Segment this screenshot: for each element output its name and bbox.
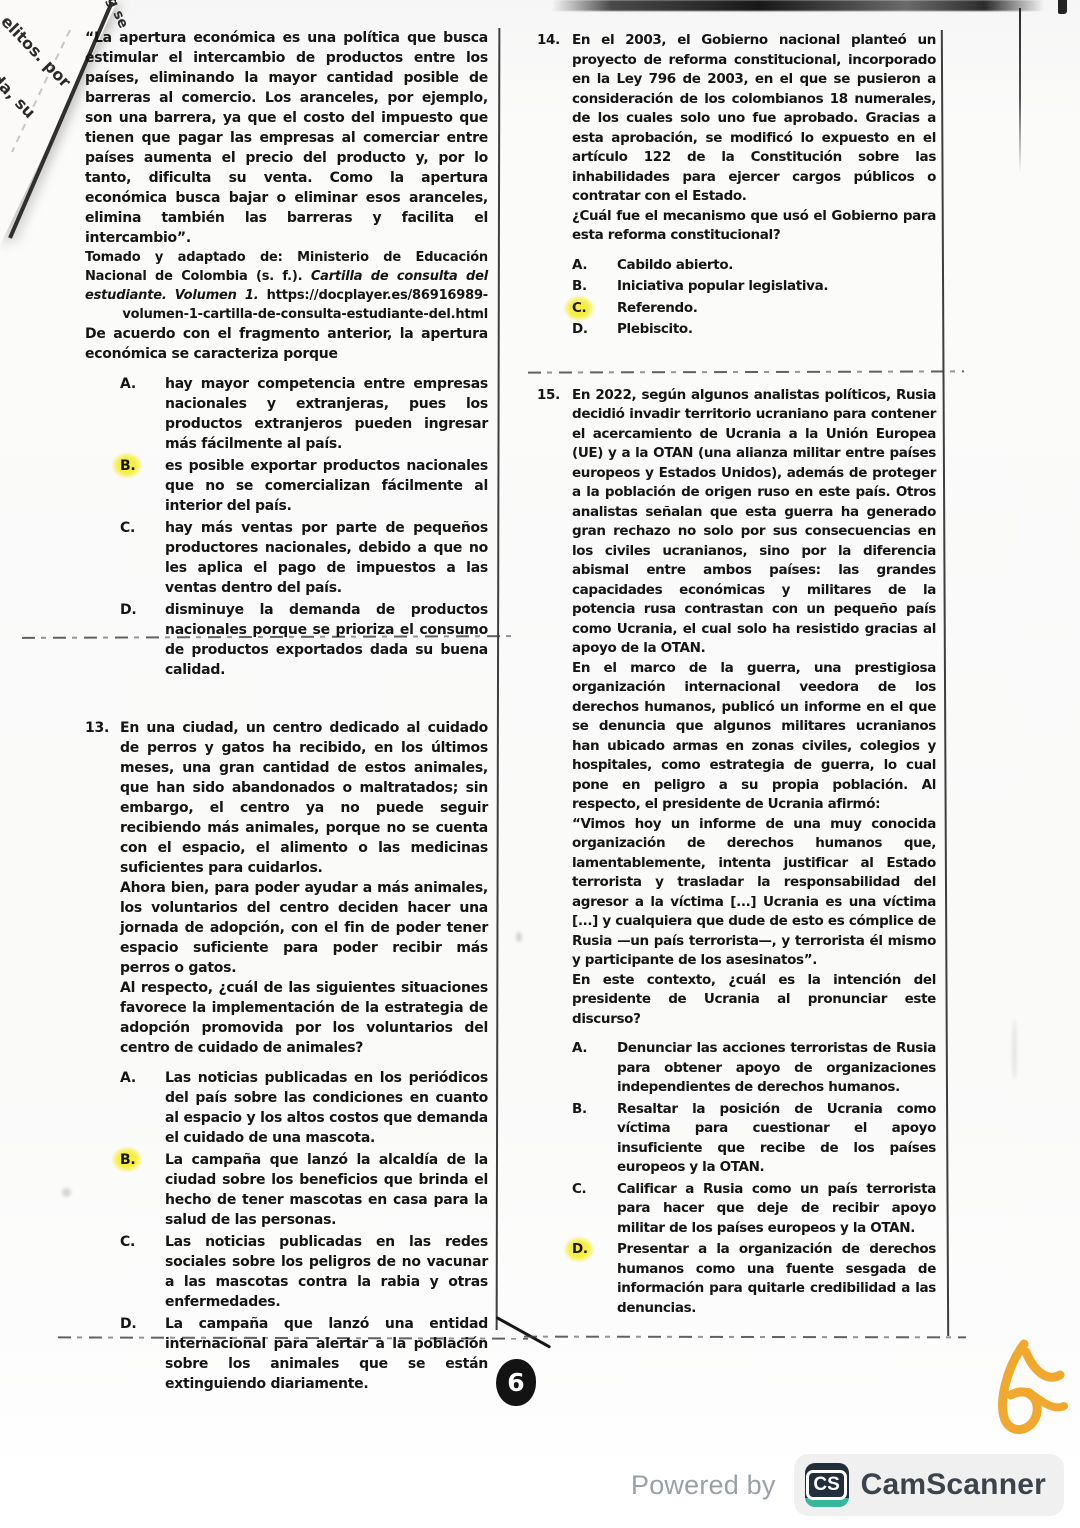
scanned-exam-page: elitos. por da, su ug se “La apertura ec… [0, 0, 1080, 1528]
passage-text: “La apertura económica es una política q… [85, 28, 488, 248]
option-text: La campaña que lanzó la alcaldía de la c… [165, 1150, 488, 1230]
answer-highlight: B. [120, 456, 136, 516]
option-c: C. Las noticias publicadas en las redes … [120, 1232, 488, 1312]
question-stem: De acuerdo con el fragmento anterior, la… [85, 324, 488, 364]
scan-edge-mark [1058, 0, 1067, 14]
question-quote: “Vimos hoy un informe de una muy conocid… [572, 815, 936, 971]
option-letter: D. [572, 320, 588, 340]
options-list: A. Las noticias publicadas en los periód… [120, 1068, 488, 1394]
option-letter: A. [120, 1068, 136, 1148]
question-paragraph: ¿Cuál fue el mecanismo que usó el Gobier… [572, 207, 936, 246]
question-body: En 2022, según algunos analistas polític… [572, 386, 936, 1319]
option-d: D. La campaña que lanzó una entidad inte… [120, 1314, 488, 1394]
right-column-rule [941, 30, 949, 1336]
answer-highlight: C. [572, 299, 586, 319]
option-c: C. Referendo. [572, 299, 936, 319]
question-paragraph: Al respecto, ¿cuál de las siguientes sit… [120, 978, 488, 1058]
option-text: Calificar a Rusia como un país terrorist… [617, 1180, 936, 1239]
page-number: 6 [507, 1368, 524, 1397]
option-text: Referendo. [617, 299, 936, 319]
question-number: 15. [537, 386, 572, 1319]
question-paragraph: Ahora bien, para poder ayudar a más anim… [120, 878, 488, 978]
option-text: Cabildo abierto. [617, 256, 936, 276]
option-d: D. Plebiscito. [572, 320, 936, 340]
option-letter: C. [120, 1232, 135, 1312]
question-13: 13. En una ciudad, un centro dedicado al… [85, 718, 488, 1394]
option-letter: A. [572, 256, 587, 276]
camscanner-pill: CS CamScanner [794, 1454, 1064, 1516]
camscanner-brand: CamScanner [861, 1468, 1046, 1502]
option-text: Las noticias publicadas en las redes soc… [165, 1232, 488, 1312]
option-c: C. hay más ventas por parte de pequeños … [120, 518, 488, 598]
question-14: 14. En el 2003, el Gobierno nacional pla… [537, 31, 936, 340]
camscanner-footer: Powered by CS CamScanner [631, 1454, 1064, 1516]
divider-line [524, 1336, 966, 1339]
camscanner-logo-text: CS [806, 1470, 846, 1500]
page-edge-line [1019, 8, 1021, 173]
page-crease [496, 1316, 552, 1349]
option-b: B. Resaltar la posición de Ucrania como … [572, 1100, 936, 1178]
scan-noise [62, 1188, 71, 1197]
question-paragraph: En este contexto, ¿cuál es la intención … [572, 971, 936, 1030]
question-paragraph: En 2022, según algunos analistas polític… [572, 386, 936, 659]
question-body: En el 2003, el Gobierno nacional planteó… [572, 31, 936, 340]
option-a: A. Denunciar las acciones terroristas de… [572, 1039, 936, 1098]
options-list: A. Denunciar las acciones terroristas de… [572, 1039, 936, 1318]
question-body: En una ciudad, un centro dedicado al cui… [120, 718, 488, 1394]
option-text: Iniciativa popular legislativa. [617, 277, 936, 297]
option-text: hay mayor competencia entre empresas nac… [165, 374, 488, 454]
question-paragraph: En el marco de la guerra, una prestigios… [572, 659, 936, 815]
option-text: La campaña que lanzó una entidad interna… [165, 1314, 488, 1394]
option-c: C. Calificar a Rusia como un país terror… [572, 1180, 936, 1239]
option-letter: D. [120, 1314, 136, 1394]
option-d: D. disminuye la demanda de productos nac… [120, 600, 488, 680]
answer-highlight: D. [572, 1240, 588, 1318]
option-letter: D. [120, 600, 136, 680]
camscanner-logo-icon: CS [805, 1463, 849, 1507]
option-b: B. La campaña que lanzó la alcaldía de l… [120, 1150, 488, 1230]
option-text: Plebiscito. [617, 320, 936, 340]
passage-source: Tomado y adaptado de: Ministerio de Educ… [85, 248, 488, 324]
handwritten-check-mark [952, 1332, 1072, 1447]
option-text: Denunciar las acciones terroristas de Ru… [617, 1039, 936, 1098]
option-letter: A. [572, 1039, 587, 1098]
options-list: A. Cabildo abierto. B. Iniciativa popula… [572, 256, 936, 340]
option-text: disminuye la demanda de productos nacion… [165, 600, 488, 680]
option-text: hay más ventas por parte de pequeños pro… [165, 518, 488, 598]
powered-by-label: Powered by [631, 1470, 776, 1501]
option-a: A. Cabildo abierto. [572, 256, 936, 276]
question-number: 13. [85, 718, 120, 1394]
option-letter: C. [120, 518, 135, 598]
question-15: 15. En 2022, según algunos analistas pol… [537, 386, 936, 1319]
option-text: es posible exportar productos nacionales… [165, 456, 488, 516]
option-letter: B. [572, 1100, 587, 1178]
scan-noise [516, 932, 522, 942]
answer-highlight: B. [120, 1150, 136, 1230]
page-number-badge: 6 [496, 1359, 536, 1406]
option-text: Resaltar la posición de Ucrania como víc… [617, 1100, 936, 1178]
option-a: A. Las noticias publicadas en los periód… [120, 1068, 488, 1148]
passage-block: “La apertura económica es una política q… [85, 28, 488, 680]
option-text: Presentar a la organización de derechos … [617, 1240, 936, 1318]
left-column-rule [496, 28, 501, 1330]
option-letter: C. [572, 1180, 586, 1239]
right-column: 14. En el 2003, el Gobierno nacional pla… [537, 31, 936, 1318]
question-paragraph: En el 2003, el Gobierno nacional planteó… [572, 31, 936, 207]
question-paragraph: En una ciudad, un centro dedicado al cui… [120, 718, 488, 878]
options-list: A. hay mayor competencia entre empresas … [120, 374, 488, 680]
option-b: B. es posible exportar productos naciona… [120, 456, 488, 516]
option-letter: A. [120, 374, 136, 454]
option-letter: B. [572, 277, 587, 297]
option-d: D. Presentar a la organización de derech… [572, 1240, 936, 1318]
option-text: Las noticias publicadas en los periódico… [165, 1068, 488, 1148]
scan-edge-smudge [552, 0, 1044, 11]
question-number: 14. [537, 31, 572, 340]
left-column: “La apertura económica es una política q… [85, 28, 488, 1394]
scan-noise [1012, 1020, 1017, 1080]
option-a: A. hay mayor competencia entre empresas … [120, 374, 488, 454]
option-b: B. Iniciativa popular legislativa. [572, 277, 936, 297]
